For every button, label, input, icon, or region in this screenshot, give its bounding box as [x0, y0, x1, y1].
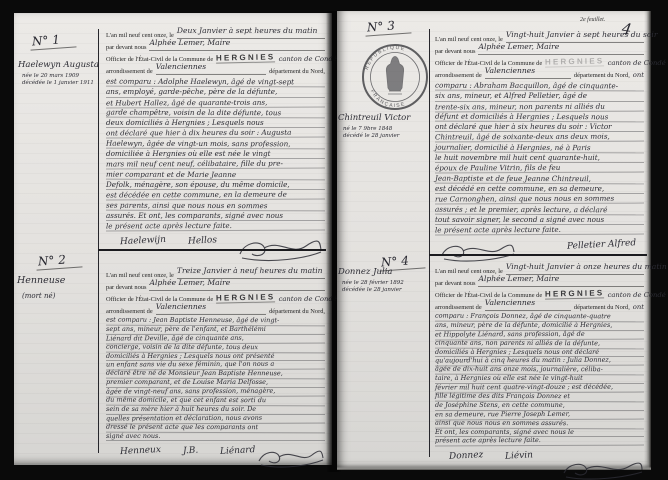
- act-text-line: mier comparant et de Marie Jeanne: [106, 169, 325, 180]
- entry-2-margin-name: Henneuse: [17, 275, 65, 286]
- margin-note-line: décédée le 28 janvier: [342, 287, 404, 294]
- act-text-line: ainsi que nous nous en sommes assurés.: [435, 419, 644, 429]
- mayor-signature-flourish: [256, 446, 326, 470]
- officer-fill: Alphée Lemer, Maire: [478, 274, 559, 283]
- act-text-line: est décédée en cette commune, en la deme…: [106, 190, 325, 201]
- form-row-officer: par devant nous Alphée Lemer, Maire: [435, 43, 644, 55]
- printed-line4-after: département du Nord,: [269, 68, 325, 75]
- line4-tail: ont: [633, 303, 644, 311]
- entry-divider: [98, 249, 326, 251]
- printed-line2: par devant nous: [435, 280, 475, 287]
- margin-note-line: née le 28 février 1892: [342, 280, 404, 287]
- act-text-line: signé avec nous.: [106, 433, 325, 442]
- act-text-line: et Hubert Hallez, âgé de quarante-trois …: [106, 97, 325, 108]
- act-text-line: tout savoir signer, le second a signé av…: [435, 215, 644, 225]
- printed-line4: arrondissement de: [106, 68, 153, 75]
- entry-3-body: comparu : Abraham Bacquillon, âgé de cin…: [435, 81, 644, 235]
- commune-stamp: HERGNIES: [216, 292, 276, 303]
- signature: Pelletier Alfred: [567, 239, 637, 253]
- arrondissement-fill: Valenciennes: [156, 62, 206, 71]
- commune-stamp: HERGNIES: [545, 56, 605, 67]
- act-text-line: dressé le présent acte que les comparant…: [106, 423, 325, 433]
- arrondissement-fill: Valenciennes: [156, 302, 206, 311]
- entry-2-body: est comparu : Jean Baptiste Henneuse, âg…: [106, 317, 325, 441]
- mayor-signature-flourish: [560, 459, 645, 480]
- margin-note-line: née le 20 mars 1909: [22, 73, 94, 80]
- commune-stamp: HERGNIES: [216, 52, 276, 63]
- act-text-line: rue Carnonghen, ainsi que nous nous en s…: [435, 194, 644, 205]
- act-text-line: ses parents, ainsi que nous nous en somm…: [106, 200, 325, 211]
- entry-2-signatures: Henneux J.B. Liénard: [106, 446, 325, 470]
- register-scan: N° 1 Haelewyn Augusta née le 20 mars 190…: [0, 0, 668, 480]
- printed-line4: arrondissement de: [435, 304, 482, 311]
- form-row-arrondissement: arrondissement de Valenciennes départeme…: [106, 303, 325, 315]
- commune-stamp: HERGNIES: [545, 288, 605, 299]
- act-text-line: ont déclaré que hier à dix heures du soi…: [106, 128, 325, 139]
- entry-3-margin-notes: né le 7 9bre 1848décédé le 28 janvier: [343, 126, 399, 140]
- act-text-line: concierge, voisin de la dite défunte, to…: [106, 343, 325, 353]
- act-text-line: déclaré être né de Monsieur Jean Baptist…: [106, 370, 325, 380]
- act-text-line: Jean-Baptiste et de feue Jeanne Chintreu…: [435, 173, 644, 184]
- officer-blank: Alphée Lemer, Maire: [149, 272, 325, 291]
- act-text-line: défunt et domiciliés à Hergnies ; Lesque…: [435, 112, 644, 123]
- signature: Hellos: [188, 236, 217, 248]
- act-text-line: journalier, domicilié à Hergnies, né à P…: [435, 142, 644, 153]
- signature: Haelewijn: [120, 235, 166, 247]
- canton-fill: canton de Condé: [608, 59, 666, 67]
- seal-text-bottom: FRANÇAISE: [369, 89, 407, 109]
- entry-3-margin-name: Chintreuil Victor: [338, 113, 410, 123]
- act-text-line: comparu : François Donnez, âgé de cinqua…: [435, 313, 644, 323]
- entry-4-act: L'an mil neuf cent onze, le Vingt-huit J…: [435, 263, 644, 475]
- entry-3-act: L'an mil neuf cent onze, le Vingt-huit J…: [435, 31, 644, 264]
- margin-note-line: décédée le 1 janvier 1911: [22, 80, 94, 87]
- left-page: N° 1 Haelewyn Augusta née le 20 mars 190…: [14, 13, 332, 465]
- arrondissement-fill: Valenciennes: [485, 298, 535, 307]
- act-text-line: six ans, mineur, et Alfred Pelletier, âg…: [435, 91, 644, 101]
- svg-text:FRANÇAISE: FRANÇAISE: [369, 89, 407, 109]
- act-text-line: du même domicile, et que cet enfant est …: [106, 397, 325, 407]
- form-row-arrondissement: arrondissement de Valenciennes départeme…: [106, 63, 325, 75]
- act-text-line: mars mil neuf cent neuf, célibataire, fi…: [106, 159, 325, 170]
- act-text-line: comparu : Abraham Bacquillon, âgé de cin…: [435, 81, 644, 92]
- act-text-line: fille légitime des dits François Donnez …: [435, 393, 644, 403]
- entry-2-number: N° 2: [35, 251, 82, 270]
- act-text-line: cinquante ans, non parents ni alliés de …: [435, 339, 644, 349]
- entry-4-margin-notes: née le 28 février 1892décédée le 28 janv…: [342, 280, 404, 294]
- act-text-line: âgée de dix-huit ans onze mois, journali…: [435, 366, 644, 376]
- entry-2-margin-notes: (mort né): [22, 293, 55, 300]
- officer-fill: Alphée Lemer, Maire: [149, 38, 230, 47]
- printed-line4-after: département du Nord,: [269, 308, 325, 315]
- entry-4-body: comparu : François Donnez, âgé de cinqua…: [435, 313, 644, 446]
- entry-1-margin-name: Haelewyn Augusta: [18, 60, 99, 70]
- margin-rule: [98, 29, 99, 453]
- officer-blank: Alphée Lemer, Maire: [478, 36, 644, 55]
- form-row-commune: Officier de l'État-Civil de la Commune d…: [106, 291, 325, 303]
- arrondissement-fill: Valenciennes: [485, 66, 535, 75]
- seal-figure: [386, 57, 403, 95]
- printed-line2: par devant nous: [435, 48, 475, 55]
- entry-2-act: L'an mil neuf cent onze, le Treize Janvi…: [106, 267, 325, 470]
- signature: J.B.: [183, 446, 199, 457]
- act-text-line: est comparu : Jean Baptiste Henneuse, âg…: [106, 317, 325, 327]
- republique-francaise-seal: RÉPUBLIQUE FRANÇAISE: [359, 41, 431, 113]
- canton-fill: canton de Condé: [608, 291, 666, 299]
- margin-note-line: né le 7 9bre 1848: [343, 126, 399, 133]
- act-text-line: époux de Pauline Vitrin, fils de feu: [435, 163, 644, 174]
- entry-1-margin-notes: née le 20 mars 1909décédée le 1 janvier …: [22, 73, 94, 87]
- act-text-line: trente-six ans, mineur, non parents ni a…: [435, 101, 644, 112]
- act-text-line: le présent acte après lecture faite.: [106, 221, 325, 232]
- officer-fill: Alphée Lemer, Maire: [478, 42, 559, 51]
- officer-fill: Alphée Lemer, Maire: [149, 278, 230, 287]
- officer-blank: Alphée Lemer, Maire: [478, 268, 644, 287]
- entry-4-signatures: Donnez Liévin: [435, 451, 644, 475]
- act-text-line: présent acte après lecture faite.: [435, 437, 644, 447]
- entry-1-number: N° 1: [29, 31, 76, 50]
- act-text-line: est comparu : Adolphe Haelewyn, âgé de v…: [106, 77, 325, 88]
- form-row-arrondissement: arrondissement de Valenciennes départeme…: [435, 67, 644, 79]
- page-stack-edge: [644, 11, 651, 470]
- printed-line2: par devant nous: [106, 44, 146, 51]
- signature: Donnez: [449, 450, 484, 462]
- signature: Liénard: [220, 446, 256, 458]
- printed-line4: arrondissement de: [435, 72, 482, 79]
- form-row-officer: par devant nous Alphée Lemer, Maire: [106, 39, 325, 51]
- entry-1-act: L'an mil neuf cent onze, le Deux Janvier…: [106, 27, 325, 260]
- act-text-line: Chintreuil, âgé de soixante-deux ans deu…: [435, 132, 644, 143]
- act-text-line: assurés ; et le premier, après lecture, …: [435, 204, 644, 215]
- act-text-line: ans, employé, garde-pêche, père de la dé…: [106, 87, 325, 97]
- margin-note-line: décédé le 28 janvier: [343, 133, 399, 140]
- signature: Liévin: [505, 451, 533, 462]
- form-row-arrondissement: arrondissement de Valenciennes départeme…: [435, 299, 644, 311]
- sheet-note: 2e feuillet.: [580, 17, 605, 23]
- act-text-line: Haelewyn, âgée de vingt-un mois, sans pr…: [106, 138, 325, 149]
- printed-line2: par devant nous: [106, 284, 146, 291]
- printed-line4-after: département du Nord,: [574, 72, 630, 79]
- printed-line4-after: département du Nord,: [574, 304, 630, 311]
- margin-note-line: (mort né): [22, 293, 55, 300]
- signature: Henneux: [120, 445, 161, 457]
- printed-line4: arrondissement de: [106, 308, 153, 315]
- act-text-line: garde champêtre, voisin de la dite défun…: [106, 108, 325, 119]
- act-text-line: assurés. Et ont, les comparants, signé a…: [106, 211, 325, 221]
- entry-4-margin-name: Donnez Julia: [338, 267, 392, 277]
- line4-tail: ont: [633, 71, 644, 79]
- right-page: 2e feuillet. 4 N° 3 RÉPUBLIQUE FRANÇAISE…: [337, 11, 651, 470]
- entry-3-number: N° 3: [364, 17, 411, 36]
- form-row-officer: par devant nous Alphée Lemer, Maire: [106, 279, 325, 291]
- officer-blank: Alphée Lemer, Maire: [149, 32, 325, 51]
- form-row-officer: par devant nous Alphée Lemer, Maire: [435, 275, 644, 287]
- form-row-commune: Officier de l'État-Civil de la Commune d…: [106, 51, 325, 63]
- act-text-line: le présent acte après lecture faite.: [435, 225, 644, 236]
- entry-1-body: est comparu : Adolphe Haelewyn, âgé de v…: [106, 77, 325, 231]
